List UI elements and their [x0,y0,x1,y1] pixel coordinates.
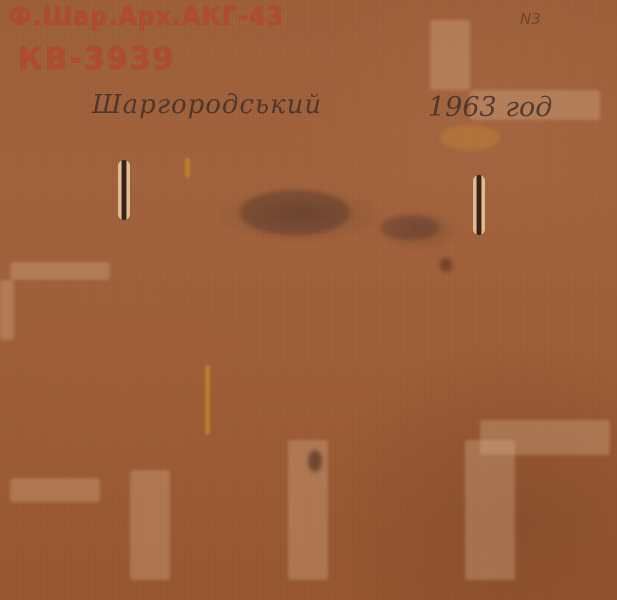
dark-stain-right [380,215,440,240]
orange-streak [205,365,210,435]
inventory-mark: N3 [520,10,541,28]
tape-residue-left [10,262,110,280]
orange-stain-top [440,125,500,150]
dark-spot-mid [440,258,452,272]
archive-stamp-line2: КВ-3939 [18,42,175,77]
tape-residue-bottom-right [480,420,610,455]
artist-signature: Шаргородський [92,90,322,120]
tape-residue-top-right [430,20,470,90]
tape-residue-left-edge [0,280,14,340]
nail-hole-right [473,175,485,235]
archive-stamp-line1: Ф.Шар.Арх.АКГ-43 [8,2,284,32]
tape-residue-bottom-1 [130,470,170,580]
nail-hole-left [118,160,130,220]
orange-streak-small [185,158,190,178]
date-inscription: 1963 год [428,92,552,123]
dark-spot-bottom [308,450,322,472]
painting-back-panel: Ф.Шар.Арх.АКГ-43 КВ-3939 N3 Шаргородськи… [0,0,617,600]
tape-residue-bottom-left [10,478,100,502]
tape-residue-bottom-3 [465,440,515,580]
dark-stain-center [240,190,350,235]
